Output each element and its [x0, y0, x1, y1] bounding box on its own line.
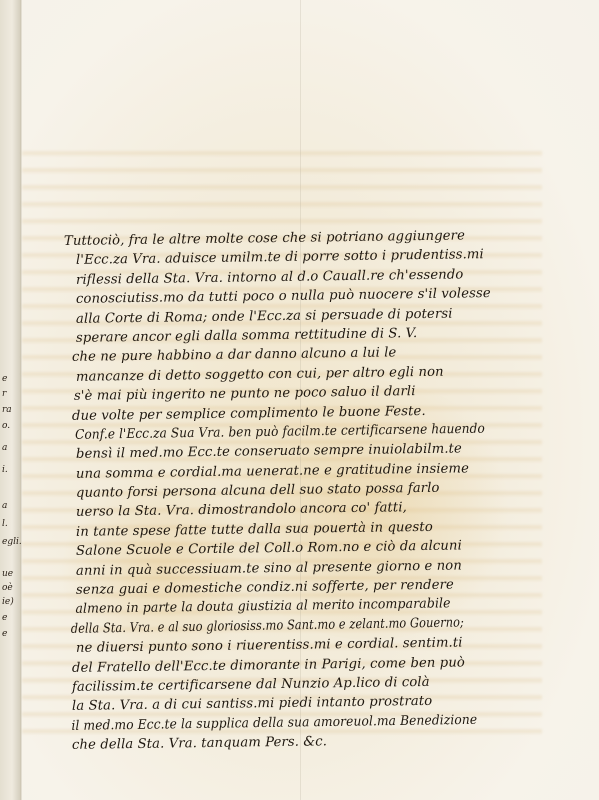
margin-fragment: l. — [2, 518, 8, 531]
margin-fragment: ra — [2, 404, 12, 417]
margin-fragment: ie) — [2, 596, 14, 609]
margin-fragment: r — [2, 388, 6, 401]
document-scan: e r ra o. a i. a l. egli. ue oè ie) e e … — [0, 0, 599, 800]
margin-fragment: e — [2, 373, 7, 386]
margin-fragment: o. — [2, 420, 10, 433]
margin-fragment: e — [2, 628, 7, 641]
margin-fragment: egli. — [2, 536, 22, 549]
margin-fragment: i. — [2, 464, 8, 477]
margin-fragment: ue — [2, 568, 13, 581]
margin-fragment: a — [2, 500, 7, 513]
margin-fragment: oè — [2, 582, 13, 595]
margin-fragment: e — [2, 612, 7, 625]
margin-fragment: a — [2, 442, 7, 455]
letter-text: Tuttociò, fra le altre molte cose che si… — [64, 232, 584, 756]
adjacent-page-edge: e r ra o. a i. a l. egli. ue oè ie) e e — [0, 0, 21, 800]
